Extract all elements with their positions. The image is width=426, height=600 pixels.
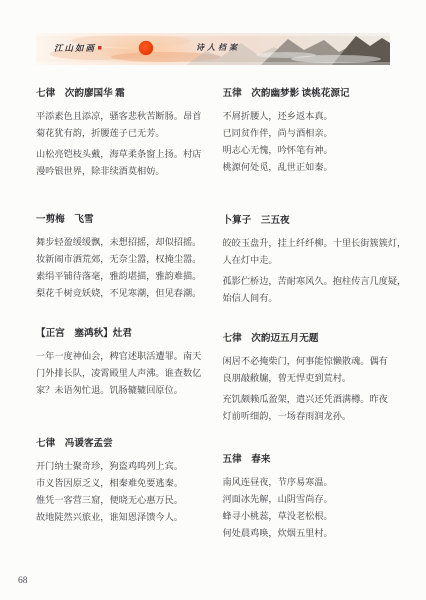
column-left: 七律 次韵廖国华 霜平添素色且添凉，骚客悲秋苦断肠。昂首菊花犹有韵，折腰莲子已无… [36, 85, 214, 542]
poem-title: 七律 次韵迈五月无题 [223, 330, 401, 347]
stanza: 舞步轻盈缓缓飘，未想招摇，却似招摇。妆新闹市洒荒郊，无奈尘嚣，权掩尘嚣。素绢平铺… [36, 234, 214, 302]
verse-line: 灯前听细韵，一场春雨润龙孙。 [223, 408, 401, 425]
poem-title: 七律 冯谖客孟尝 [36, 435, 214, 452]
stanza: 闲居不必掩柴门，何事能惊懒散魂。偶有良朋敲敝牖，曾无悍吏到荒村。 [223, 353, 401, 387]
banner-fade [36, 33, 390, 36]
poem-content: 七律 次韵廖国华 霜平添素色且添凉，骚客悲秋苦断肠。昂首菊花犹有韵，折腰莲子已无… [36, 85, 400, 542]
verse-line: 梨花千树竞妖娆，不见寒潮，但见春潮。 [36, 285, 214, 302]
verse-line: 明志心无愧，吟怀笔有神。 [223, 142, 401, 159]
banner-calligraphy: 江山如画 [54, 43, 97, 53]
verse-line: 开门纳士聚奇珍，狗盗鸡鸣列上宾。 [36, 458, 214, 475]
stanza: 充饥颇赖瓜盈架，遣兴还凭酒满樽。昨夜灯前听细韵，一场春雨润龙孙。 [223, 391, 401, 425]
column-right: 五律 次韵幽梦影 读桃花源记不屑折腰人，还乡返本真。已同贫作伴，尚与酒相亲。明志… [223, 85, 401, 542]
seal-stamp-icon [98, 46, 102, 50]
verse-line: 菊花犹有韵，折腰莲子已无芳。 [36, 125, 214, 142]
verse-line: 南风连昼夜，节序易寒温。 [223, 474, 401, 491]
poem: 【正宫 塞鸿秋】灶君一年一度神仙会，稗官述职活遭罪。南天门外排长队，凌霄殿里人声… [36, 325, 214, 399]
verse-line: 闲居不必掩柴门，何事能惊懒散魂。偶有 [223, 353, 401, 370]
stanza: 南风连昼夜，节序易寒温。河面冰先解，山阴雪尚存。蜂寻小桃蕊，草没老松根。何处晨鸡… [223, 474, 401, 542]
poem: 卜算子 三五夜皎皎玉盘升，挂上纤纤柳。十里长街簇簇灯，人在灯中走。孤影伫桥边，苦… [223, 212, 401, 307]
verse-line: 人在灯中走。 [223, 252, 401, 269]
stanza: 孤影伫桥边，苦耐寒风久。抱柱传言几度疑，始信人间有。 [223, 273, 401, 307]
verse-line: 市义皆因原乏义，相秦难免要逃秦。 [36, 475, 214, 492]
header-banner: 江山如画 诗人档案 [36, 33, 390, 65]
verse-line: 一年一度神仙会，稗官述职活遭罪。南天 [36, 348, 214, 365]
verse-line: 良朋敲敝牖，曾无悍吏到荒村。 [223, 370, 401, 387]
verse-line: 孤影伫桥边，苦耐寒风久。抱柱传言几度疑， [223, 273, 401, 290]
stanza: 不屑折腰人，还乡返本真。已同贫作伴，尚与酒相亲。明志心无愧，吟怀笔有神。桃源何处… [223, 108, 401, 176]
verse-line: 故地陡然兴旅业，谁知恩泽馈今人。 [36, 509, 214, 526]
stanza: 一年一度神仙会，稗官述职活遭罪。南天门外排长队，凌霄殿里人声沸。谁查数亿家？未语… [36, 348, 214, 399]
landscape-painting: 江山如画 诗人档案 [36, 33, 390, 65]
book-page: 江山如画 诗人档案 七律 次韵廖国华 霜平添素色且添凉，骚客悲秋苦断肠。昂首菊花… [0, 0, 426, 600]
verse-line: 漫吟银世界，除非续酒莫相妨。 [36, 163, 214, 180]
poem-title: 七律 次韵廖国华 霜 [36, 85, 214, 102]
verse-line: 何处晨鸡唤，炊烟五里村。 [223, 525, 401, 542]
verse-line: 舞步轻盈缓缓飘，未想招摇，却似招摇。 [36, 234, 214, 251]
verse-line: 山松亮铠枝头戴，海草柔条窗上扬。村店 [36, 146, 214, 163]
verse-line: 惟凭一客营三窟，便晓无心惠万民。 [36, 492, 214, 509]
stanza: 山松亮铠枝头戴，海草柔条窗上扬。村店漫吟银世界，除非续酒莫相妨。 [36, 146, 214, 180]
poem-title: 【正宫 塞鸿秋】灶君 [36, 325, 214, 342]
poem-title: 卜算子 三五夜 [223, 212, 401, 229]
verse-line: 门外排长队，凌霄殿里人声沸。谁查数亿 [36, 365, 214, 382]
verse-line: 不屑折腰人，还乡返本真。 [223, 108, 401, 125]
poem-title: 一剪梅 飞雪 [36, 211, 214, 228]
verse-line: 素绢平铺待落毫，雅韵堪描，雅韵难描。 [36, 268, 214, 285]
verse-line: 始信人间有。 [223, 290, 401, 307]
poem: 一剪梅 飞雪舞步轻盈缓缓飘，未想招摇，却似招摇。妆新闹市洒荒郊，无奈尘嚣，权掩尘… [36, 211, 214, 302]
verse-line: 桃源何处觅，乱世正如秦。 [223, 159, 401, 176]
poem: 五律 次韵幽梦影 读桃花源记不屑折腰人，还乡返本真。已同贫作伴，尚与酒相亲。明志… [223, 85, 401, 176]
stanza: 平添素色且添凉，骚客悲秋苦断肠。昂首菊花犹有韵，折腰莲子已无芳。 [36, 108, 214, 142]
verse-line: 平添素色且添凉，骚客悲秋苦断肠。昂首 [36, 108, 214, 125]
verse-line: 皎皎玉盘升，挂上纤纤柳。十里长街簇簇灯， [223, 235, 401, 252]
poem: 七律 次韵廖国华 霜平添素色且添凉，骚客悲秋苦断肠。昂首菊花犹有韵，折腰莲子已无… [36, 85, 214, 180]
verse-line: 充饥颇赖瓜盈架，遣兴还凭酒满樽。昨夜 [223, 391, 401, 408]
poem-title: 五律 次韵幽梦影 读桃花源记 [223, 85, 401, 102]
poem: 七律 冯谖客孟尝开门纳士聚奇珍，狗盗鸡鸣列上宾。市义皆因原乏义，相秦难免要逃秦。… [36, 435, 214, 526]
mist [256, 52, 316, 58]
sun [139, 41, 153, 55]
verse-line: 家？未语匆忙退。饥肠辘辘回原位。 [36, 382, 214, 399]
verse-line: 河面冰先解，山阴雪尚存。 [223, 491, 401, 508]
banner-title: 诗人档案 [196, 43, 240, 52]
poem: 五律 春来南风连昼夜，节序易寒温。河面冰先解，山阴雪尚存。蜂寻小桃蕊，草没老松根… [223, 451, 401, 542]
page-number: 68 [18, 576, 28, 586]
banner-fade [36, 62, 390, 65]
verse-line: 蜂寻小桃蕊，草没老松根。 [223, 508, 401, 525]
verse-line: 已同贫作伴，尚与酒相亲。 [223, 125, 401, 142]
poem-title: 五律 春来 [223, 451, 401, 468]
poem: 七律 次韵迈五月无题闲居不必掩柴门，何事能惊懒散魂。偶有良朋敲敝牖，曾无悍吏到荒… [223, 330, 401, 425]
stanza: 皎皎玉盘升，挂上纤纤柳。十里长街簇簇灯，人在灯中走。 [223, 235, 401, 269]
verse-line: 妆新闹市洒荒郊，无奈尘嚣，权掩尘嚣。 [36, 251, 214, 268]
stanza: 开门纳士聚奇珍，狗盗鸡鸣列上宾。市义皆因原乏义，相秦难免要逃秦。惟凭一客营三窟，… [36, 458, 214, 526]
